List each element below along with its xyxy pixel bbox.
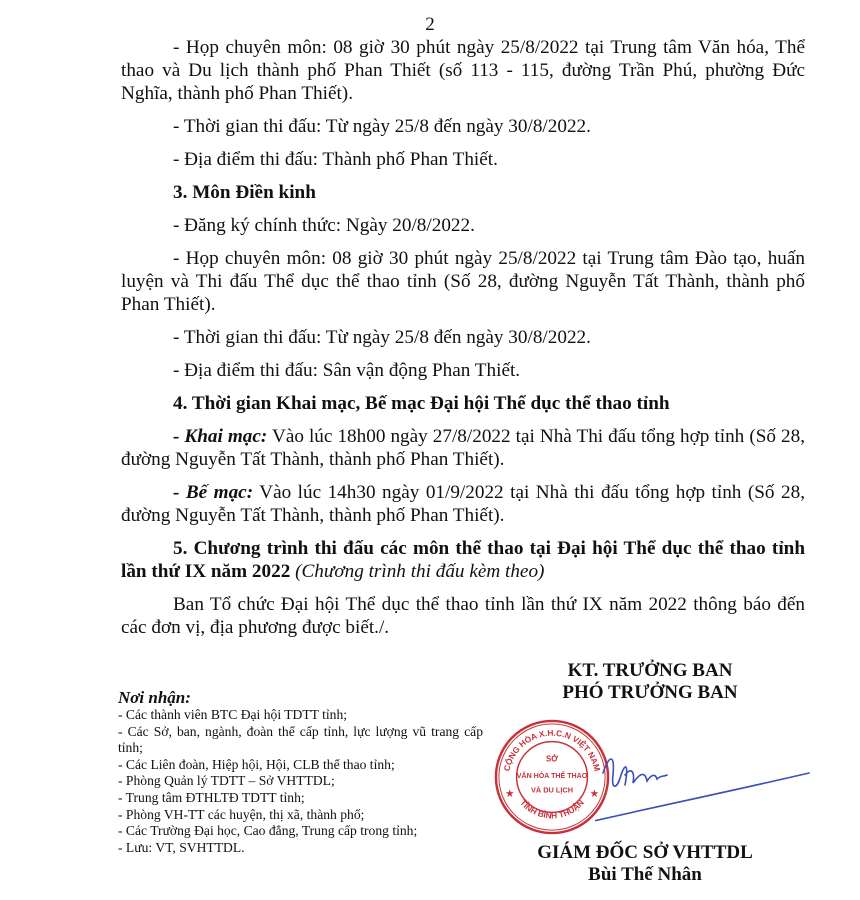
paragraph: - Thời gian thi đấu: Từ ngày 25/8 đến ng… xyxy=(121,326,805,349)
signatory-line-1: KT. TRƯỞNG BAN xyxy=(510,660,790,682)
paragraph: - Thời gian thi đấu: Từ ngày 25/8 đến ng… xyxy=(121,115,805,138)
svg-text:TỈNH BÌNH THUẬN: TỈNH BÌNH THUẬN xyxy=(518,798,586,821)
document-body: - Họp chuyên môn: 08 giờ 30 phút ngày 25… xyxy=(121,36,805,649)
paragraph: - Khai mạc: Vào lúc 18h00 ngày 27/8/2022… xyxy=(121,425,805,471)
paragraph-label: - Bế mạc: xyxy=(173,482,253,503)
section-heading: 3. Môn Điền kinh xyxy=(173,182,316,203)
recipient-item: - Lưu: VT, SVHTTDL. xyxy=(118,840,483,857)
recipients-block: Nơi nhận: - Các thành viên BTC Đại hội T… xyxy=(118,688,483,856)
paragraph: - Địa điểm thi đấu: Thành phố Phan Thiết… xyxy=(121,148,805,171)
signatory-name: Bùi Thế Nhân xyxy=(490,864,800,886)
recipient-item: - Phòng Quản lý TDTT – Sở VHTTDL; xyxy=(118,773,483,790)
section-heading: 4. Thời gian Khai mạc, Bế mạc Đại hội Th… xyxy=(173,393,670,414)
svg-text:★: ★ xyxy=(506,789,515,799)
paragraph: 3. Môn Điền kinh xyxy=(121,181,805,204)
paragraph: 4. Thời gian Khai mạc, Bế mạc Đại hội Th… xyxy=(121,392,805,415)
paragraph: Ban Tổ chức Đại hội Thể dục thể thao tỉn… xyxy=(121,593,805,639)
paragraph: - Bế mạc: Vào lúc 14h30 ngày 01/9/2022 t… xyxy=(121,481,805,527)
page-number: 2 xyxy=(0,14,860,36)
recipient-item: - Các Trường Đại học, Cao đẳng, Trung cấ… xyxy=(118,823,483,840)
recipients-list: - Các thành viên BTC Đại hội TDTT tỉnh;-… xyxy=(118,707,483,856)
paragraph-label: - Khai mạc: xyxy=(173,426,267,447)
signatory-line-2: PHÓ TRƯỞNG BAN xyxy=(510,682,790,704)
signatory-title: KT. TRƯỞNG BAN PHÓ TRƯỞNG BAN xyxy=(510,660,790,704)
official-seal-icon: CỘNG HÒA X.H.C.N VIỆT NAM TỈNH BÌNH THUẬ… xyxy=(493,718,611,836)
signatory-position: GIÁM ĐỐC SỞ VHTTDL xyxy=(490,842,800,864)
recipient-item: - Trung tâm ĐTHLTĐ TDTT tỉnh; xyxy=(118,790,483,807)
recipient-item: - Các thành viên BTC Đại hội TDTT tỉnh; xyxy=(118,707,483,724)
signatory-block: GIÁM ĐỐC SỞ VHTTDL Bùi Thế Nhân xyxy=(490,842,800,886)
paragraph: - Họp chuyên môn: 08 giờ 30 phút ngày 25… xyxy=(121,36,805,105)
svg-text:SỞ: SỞ xyxy=(546,754,558,763)
recipient-item: - Các Liên đoàn, Hiệp hội, Hội, CLB thể … xyxy=(118,757,483,774)
svg-text:VÀ DU LỊCH: VÀ DU LỊCH xyxy=(531,786,573,795)
paragraph: - Họp chuyên môn: 08 giờ 30 phút ngày 25… xyxy=(121,247,805,316)
handwritten-signature-icon xyxy=(595,745,810,845)
recipients-title: Nơi nhận: xyxy=(118,688,483,707)
section-note: (Chương trình thi đấu kèm theo) xyxy=(290,561,544,582)
paragraph: - Đăng ký chính thức: Ngày 20/8/2022. xyxy=(121,214,805,237)
recipient-item: - Phòng VH-TT các huyện, thị xã, thành p… xyxy=(118,807,483,824)
recipient-item: - Các Sở, ban, ngành, đoàn thể cấp tỉnh,… xyxy=(118,724,483,757)
paragraph: - Địa điểm thi đấu: Sân vận động Phan Th… xyxy=(121,359,805,382)
svg-text:VĂN HÓA THỂ THAO: VĂN HÓA THỂ THAO xyxy=(517,771,588,780)
paragraph: 5. Chương trình thi đấu các môn thể thao… xyxy=(121,537,805,583)
